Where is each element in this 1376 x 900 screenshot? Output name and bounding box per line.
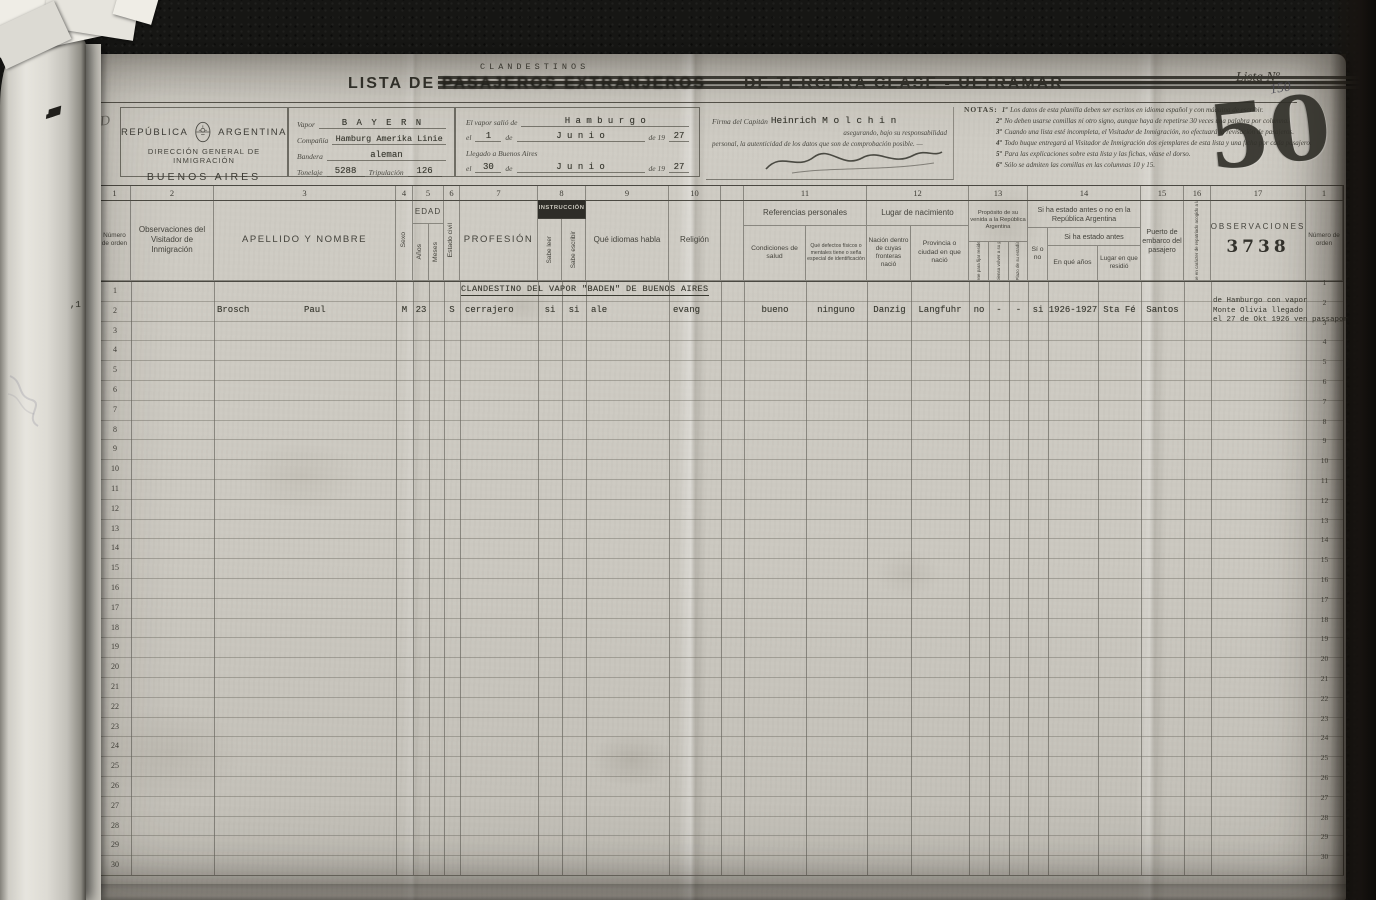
table-row-line xyxy=(99,598,1343,599)
voyage-box: El vapor salió deH a m b u r g o el1deJ … xyxy=(455,107,700,177)
table-row-line xyxy=(99,637,1343,638)
page-curl-left xyxy=(0,36,86,900)
row-number-left: 26 xyxy=(99,776,131,796)
table-column-number: 13 xyxy=(969,186,1028,200)
header-puerto: Puerto de embarco del pasajero xyxy=(1141,200,1184,281)
row-number-left: 29 xyxy=(99,835,131,855)
passenger-cell-profesion: cerrajero xyxy=(465,301,535,321)
captain-oath-line1: asegurando, bajo su responsabilidad xyxy=(712,129,947,137)
salio-label: El vapor salió de xyxy=(466,118,517,127)
table-column-number: 1 xyxy=(99,186,131,200)
llegado-label: Llegado a Buenos Aires xyxy=(466,149,537,158)
passenger-cell-si-o-no: si xyxy=(1028,301,1048,321)
table-column-number xyxy=(721,186,744,200)
header-top-rule xyxy=(97,102,1297,103)
clandestino-note-text: CLANDESTINO DEL VAPOR "BADEN" DE BUENOS … xyxy=(461,284,709,296)
table-row-line xyxy=(99,796,1343,797)
header-spacer-cell xyxy=(721,200,744,281)
passenger-observaciones-line: el 27 de Okt 1926 ven passapor xyxy=(1213,316,1348,324)
header-nacion: Nación dentro de cuyas fronteras nació xyxy=(867,226,911,281)
table-column-number: 9 xyxy=(586,186,669,200)
passenger-cell-nacion: Danzig xyxy=(868,301,911,321)
llegado-dia: 30 xyxy=(475,162,501,173)
salio-ano: 27 xyxy=(669,131,689,142)
header-meses: Meses xyxy=(429,224,444,281)
salio-mes: J u n i o xyxy=(517,131,645,142)
passenger-cell-religion: evang xyxy=(673,301,719,321)
faint-pencil-scribble xyxy=(4,366,50,446)
table-row-line xyxy=(99,756,1343,757)
table-column-number: 16 xyxy=(1184,186,1211,200)
table-row-line xyxy=(99,459,1343,460)
under-page-edge xyxy=(84,44,101,900)
header-edad: EDAD xyxy=(413,200,444,224)
table-column-number: 8 xyxy=(538,186,586,200)
row-number-left: 10 xyxy=(99,459,131,479)
header-en-que-anos: En qué años xyxy=(1048,246,1098,281)
header-col16-vertical: Si retorna en el buque en carácter de re… xyxy=(1184,200,1211,281)
compania-value: Hamburg Amerika Linie xyxy=(332,134,446,145)
table-row-line xyxy=(99,558,1343,559)
table-row-line xyxy=(99,479,1343,480)
captain-signature-box: Firma del Capitán Heinrich M o l c h i n… xyxy=(706,107,954,180)
header-estado-civil: Estado civil xyxy=(444,200,460,281)
row-number-left: 2 xyxy=(99,301,131,321)
bandera-label: Bandera xyxy=(297,152,323,161)
table-row-line xyxy=(99,538,1343,539)
passenger-cell-lugar-residio: Sta Fé xyxy=(1098,301,1141,321)
captain-name-typed: Heinrich M o l c h i n xyxy=(771,115,896,126)
passenger-cell-en-que-anos: 1926-1927 xyxy=(1048,301,1098,321)
table-row-line xyxy=(99,400,1343,401)
argentina-crest-icon xyxy=(194,120,212,144)
header-provincia: Provincia o ciudad en que nació xyxy=(911,226,969,281)
llegado-ano: 27 xyxy=(669,162,689,173)
row-number-left: 13 xyxy=(99,519,131,539)
row-number-left: 30 xyxy=(99,855,131,875)
table-row-line xyxy=(99,578,1343,579)
passenger-cell-idiomas: ale xyxy=(591,301,651,321)
row-number-left: 6 xyxy=(99,380,131,400)
passenger-cell-proposito-2: - xyxy=(1009,301,1028,321)
table-row-line xyxy=(99,776,1343,777)
row-number-left: 20 xyxy=(99,657,131,677)
table-row-line xyxy=(99,677,1343,678)
header-lugar-residio: Lugar en que residió xyxy=(1098,246,1141,281)
row-number-left: 18 xyxy=(99,618,131,638)
tripulacion-label: Tripulación xyxy=(369,168,404,177)
row-number-left: 24 xyxy=(99,736,131,756)
passenger-cell-provincia: Langfuhr xyxy=(912,301,968,321)
header-observaciones-visitador: Observaciones del Visitador de Inmigraci… xyxy=(131,200,214,281)
header-instruccion: INSTRUCCIÓN xyxy=(538,200,586,219)
table-row-line xyxy=(99,697,1343,698)
passenger-observaciones-line: de Hamburgo con vapor xyxy=(1213,297,1308,305)
handwritten-row-mark: ,1 xyxy=(70,300,81,310)
row-number-left: 1 xyxy=(99,281,131,301)
table-row-line xyxy=(99,360,1343,361)
passenger-cell-anos: 23 xyxy=(413,301,429,321)
header-observaciones: OBSERVACIONES xyxy=(1211,222,1305,232)
header-ha-estado-antes: Si ha estado antes xyxy=(1048,228,1141,246)
vapor-value: B A Y E R N xyxy=(319,118,446,129)
row-number-left: 23 xyxy=(99,717,131,737)
table-row-line xyxy=(99,855,1343,856)
ship-info-box: VaporB A Y E R N CompañíaHamburg Amerika… xyxy=(288,107,455,177)
row-number-left: 22 xyxy=(99,697,131,717)
row-number-left: 28 xyxy=(99,816,131,836)
header-religion: Religión xyxy=(669,200,721,281)
table-row-line xyxy=(99,835,1343,836)
row-number-left: 21 xyxy=(99,677,131,697)
sheet-number-stamp: 50 xyxy=(1204,82,1335,182)
header-apellido: APELLIDO Y NOMBRE xyxy=(214,200,396,281)
passenger-cell-cond-salud: bueno xyxy=(745,301,805,321)
passenger-cell-sabe-escribir: si xyxy=(562,301,586,321)
passenger-cell-nombre: Paul xyxy=(304,301,364,321)
row-number-left: 17 xyxy=(99,598,131,618)
passenger-cell-defectos: ninguno xyxy=(807,301,865,321)
table-column-number: 7 xyxy=(460,186,538,200)
row-number-left: 11 xyxy=(99,479,131,499)
row-number-left: 27 xyxy=(99,796,131,816)
passenger-cell-apellido: Brosch xyxy=(217,301,297,321)
table-column-number: 2 xyxy=(131,186,214,200)
book-scan-scene: LISTA DE CLANDESTINOS PASAJEROS EXTRANJE… xyxy=(0,0,1376,900)
org-department: DIRECCIÓN GENERAL DE INMIGRACIÓN xyxy=(121,147,287,165)
header-profesion: PROFESIÓN xyxy=(460,200,538,281)
llegado-mes: J u n i o xyxy=(517,162,645,173)
notas-label: NOTAS: xyxy=(964,105,998,114)
document-page: LISTA DE CLANDESTINOS PASAJEROS EXTRANJE… xyxy=(80,54,1346,900)
table-column-number: 6 xyxy=(444,186,460,200)
header-defectos: Qué defectos físicos o mentales tiene o … xyxy=(806,226,867,281)
passenger-table: 12345678910111213141516171Número de orde… xyxy=(98,185,1344,876)
table-column-number: 15 xyxy=(1141,186,1184,200)
header-numero-orden: Número de orden xyxy=(99,200,131,281)
tonelaje-value: 5288 xyxy=(327,166,365,177)
table-column-number: 14 xyxy=(1028,186,1141,200)
header-OBS: OBSERVACIONES3738 xyxy=(1211,200,1306,281)
page-bottom-crease xyxy=(80,884,1346,900)
table-column-number: 11 xyxy=(744,186,867,200)
table-row-line xyxy=(99,340,1343,341)
header-cond-salud: Condiciones de salud xyxy=(744,226,806,281)
header-si-o-no: Sí o no xyxy=(1028,228,1048,281)
table-column-number: 10 xyxy=(669,186,721,200)
captain-signature-icon xyxy=(762,143,946,177)
bandera-value: aleman xyxy=(327,150,446,161)
passenger-cell-puerto: Santos xyxy=(1141,301,1184,321)
table-column-number: 4 xyxy=(396,186,413,200)
header-ha-estado: Si ha estado antes o no en la República … xyxy=(1028,200,1141,228)
row-number-left: 12 xyxy=(99,499,131,519)
table-row-line xyxy=(99,875,1343,876)
table-row-line xyxy=(99,816,1343,817)
table-row-line xyxy=(99,499,1343,500)
row-number-left: 19 xyxy=(99,637,131,657)
table-row-line xyxy=(99,380,1343,381)
table-column-number: 3 xyxy=(214,186,396,200)
header-anos: Años xyxy=(413,224,429,281)
header-2: Plazo de su estadía xyxy=(1009,242,1028,281)
table-column-number: 5 xyxy=(413,186,444,200)
header-referencias: Referencias personales xyxy=(744,200,867,226)
row-number-left: 7 xyxy=(99,400,131,420)
row-number-left: 25 xyxy=(99,756,131,776)
table-row-line xyxy=(99,439,1343,440)
page-title-prefix: LISTA DE xyxy=(348,75,435,93)
tonelaje-label: Tonelaje xyxy=(297,168,323,177)
row-number-left: 15 xyxy=(99,558,131,578)
row-number-left: 8 xyxy=(99,420,131,440)
header-0: Si viene para fijar residencia xyxy=(969,242,989,281)
salio-value: H a m b u r g o xyxy=(521,116,689,127)
table-row-line xyxy=(99,736,1343,737)
passenger-cell-sabe-leer: si xyxy=(538,301,562,321)
observaciones-number-stamp: 3738 xyxy=(1226,237,1289,258)
tripulacion-value: 126 xyxy=(408,166,442,177)
row-number-left: 14 xyxy=(99,538,131,558)
header-sabe-escribir: Sabe escribir xyxy=(562,219,586,281)
title-overtype-clandestinos: CLANDESTINOS xyxy=(480,62,589,72)
salio-dia: 1 xyxy=(475,131,501,142)
page-title-suffix: DE TERCERA CLASE - ULTRAMAR xyxy=(744,75,1064,93)
firma-label: Firma del Capitán xyxy=(712,117,768,126)
passenger-cell-proposito-0: no xyxy=(969,301,989,321)
book-spine xyxy=(1330,0,1376,900)
compania-label: Compañía xyxy=(297,136,328,145)
passenger-cell-sexo: M xyxy=(396,301,413,321)
header-sexo: Sexo xyxy=(396,200,413,281)
org-city: BUENOS AIRES xyxy=(121,171,287,183)
org-country-line: REPÚBLICA ARGENTINA xyxy=(121,120,287,144)
table-row-line xyxy=(99,420,1343,421)
row-number-left: 3 xyxy=(99,321,131,341)
table-column-number: 12 xyxy=(867,186,969,200)
row-number-left: 4 xyxy=(99,340,131,360)
passenger-cell-proposito-1: - xyxy=(989,301,1009,321)
header-idiomas: Qué idiomas habla xyxy=(586,200,669,281)
row-number-left: 16 xyxy=(99,578,131,598)
table-row-line xyxy=(99,717,1343,718)
header-lugar-nacimiento: Lugar de nacimiento xyxy=(867,200,969,226)
header-proposito: Propósito de su venida a la República Ar… xyxy=(969,200,1028,242)
passenger-observaciones-line: Monte Olivia llegado xyxy=(1213,307,1303,315)
header-1: Si piensa volver a su país xyxy=(989,242,1009,281)
table-row-line xyxy=(99,519,1343,520)
table-row-line xyxy=(99,657,1343,658)
table-row-line xyxy=(99,321,1343,322)
header-sabe-leer: Sabe leer xyxy=(538,219,562,281)
ink-blot-mark xyxy=(48,106,61,119)
row-number-left: 9 xyxy=(99,439,131,459)
vapor-label: Vapor xyxy=(297,120,315,129)
row-number-left: 5 xyxy=(99,360,131,380)
table-row-line xyxy=(99,618,1343,619)
passenger-cell-estado-civil: S xyxy=(444,301,460,321)
org-identity-box: REPÚBLICA ARGENTINA DIRECCIÓN GENERAL DE… xyxy=(120,107,288,177)
